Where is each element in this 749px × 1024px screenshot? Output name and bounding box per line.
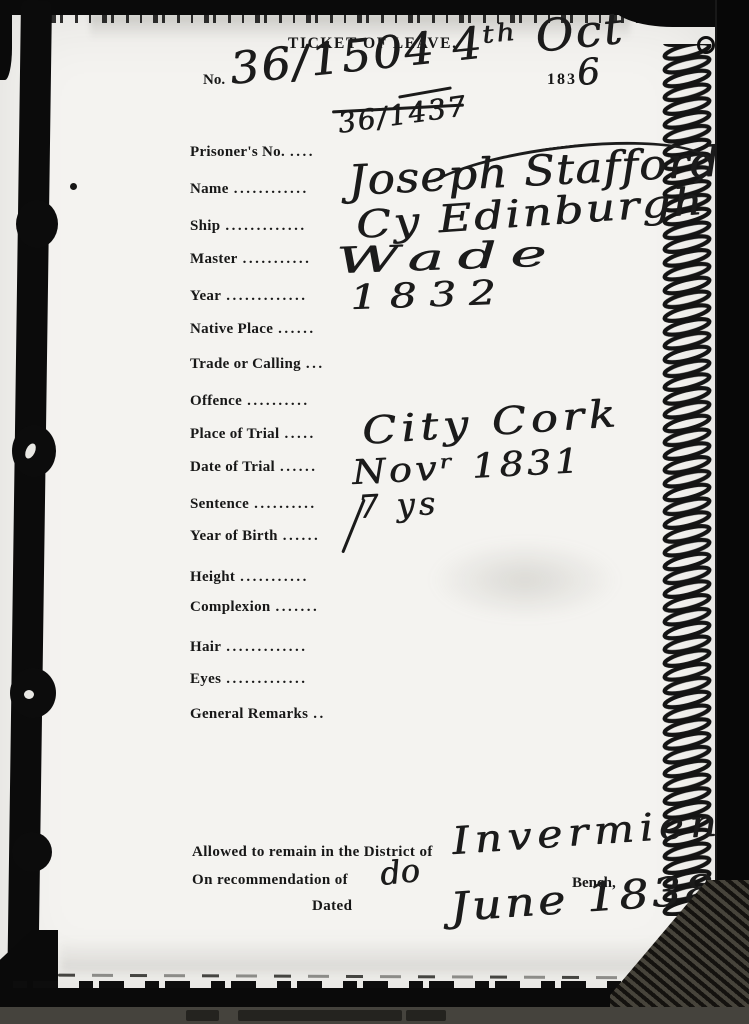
- dotted-leader: ......: [283, 528, 321, 544]
- field-row-name: Name............: [190, 180, 309, 198]
- field-row-ship: Ship.............: [190, 217, 307, 235]
- field-row-hair: Hair.............: [190, 638, 307, 656]
- handwritten-master: Wade: [335, 236, 560, 280]
- field-row-height: Height...........: [190, 568, 309, 586]
- no-label: No.: [203, 72, 225, 89]
- handwritten-recommendation: do: [378, 854, 421, 890]
- dotted-leader: ...........: [240, 569, 309, 585]
- field-row-year-of-birth: Year of Birth......: [190, 527, 320, 545]
- toolbar-segment: [186, 1010, 219, 1021]
- field-label: Date of Trial: [190, 459, 275, 475]
- handwritten-year: 1832: [349, 275, 508, 314]
- dotted-leader: .............: [226, 288, 307, 304]
- field-label: Master: [190, 251, 238, 267]
- field-row-native-place: Native Place......: [190, 320, 316, 338]
- field-row-eyes: Eyes.............: [190, 670, 307, 688]
- dotted-leader: .............: [226, 671, 307, 687]
- field-label: Sentence: [190, 496, 249, 512]
- dotted-leader: ..........: [247, 393, 310, 409]
- field-label: Complexion: [190, 599, 271, 615]
- toolbar-segment: [406, 1010, 446, 1021]
- field-label: Year of Birth: [190, 528, 278, 544]
- dotted-leader: ....: [290, 144, 315, 160]
- field-label: General Remarks: [190, 706, 308, 722]
- field-row-trade: Trade or Calling...: [190, 355, 325, 373]
- dotted-leader: ...: [306, 356, 325, 372]
- ink-dot: [70, 183, 77, 190]
- dotted-leader: ..: [313, 706, 326, 722]
- field-row-year: Year.............: [190, 287, 307, 305]
- dotted-leader: ...........: [243, 251, 312, 267]
- spine-highlight: [24, 690, 34, 699]
- scan-corner-blob: [0, 0, 12, 80]
- dotted-leader: .......: [276, 599, 320, 615]
- field-label: Height: [190, 569, 235, 585]
- field-label: Name: [190, 181, 229, 197]
- field-label: Offence: [190, 393, 242, 409]
- field-row-offence: Offence..........: [190, 392, 310, 410]
- field-label: Eyes: [190, 671, 221, 687]
- field-row-master: Master...........: [190, 250, 311, 268]
- dotted-leader: ......: [280, 459, 318, 475]
- dated-label: Dated: [312, 898, 352, 915]
- field-label: Ship: [190, 218, 220, 234]
- toolbar-segment: [238, 1010, 402, 1021]
- ticket-of-leave-scan: TICKET OF LEAVE. No. 36/1504 4ᵗʰ Oct 183…: [0, 0, 749, 1024]
- field-label: Place of Trial: [190, 426, 279, 442]
- handwritten-sentence: 7 ys: [357, 487, 440, 523]
- handwritten-year-digit: 6: [575, 54, 601, 92]
- binding-ring-icon: [697, 36, 715, 54]
- spine-knot: [16, 200, 58, 248]
- field-row-general-remarks: General Remarks..: [190, 705, 326, 723]
- field-row-complexion: Complexion.......: [190, 598, 319, 616]
- dotted-leader: .............: [226, 639, 307, 655]
- recommendation-label: On recommendation of: [192, 872, 348, 889]
- field-label: Hair: [190, 639, 221, 655]
- spine-knot: [12, 832, 52, 872]
- dotted-leader: .....: [284, 426, 315, 442]
- field-row-place-of-trial: Place of Trial.....: [190, 425, 316, 443]
- dotted-leader: ......: [278, 321, 316, 337]
- field-label: Prisoner's No.: [190, 144, 285, 160]
- field-label: Trade or Calling: [190, 356, 301, 372]
- field-row-prisoner-no: Prisoner's No.....: [190, 143, 315, 161]
- field-label: Year: [190, 288, 221, 304]
- viewer-toolbar-strip: [0, 1007, 749, 1024]
- printed-year-prefix: 183: [547, 71, 577, 89]
- field-label: Native Place: [190, 321, 273, 337]
- dotted-leader: ............: [234, 181, 309, 197]
- field-row-sentence: Sentence..........: [190, 495, 317, 513]
- dotted-leader: ..........: [254, 496, 317, 512]
- scan-right-edge: [715, 0, 749, 1024]
- dotted-leader: .............: [225, 218, 306, 234]
- field-row-date-of-trial: Date of Trial......: [190, 458, 318, 476]
